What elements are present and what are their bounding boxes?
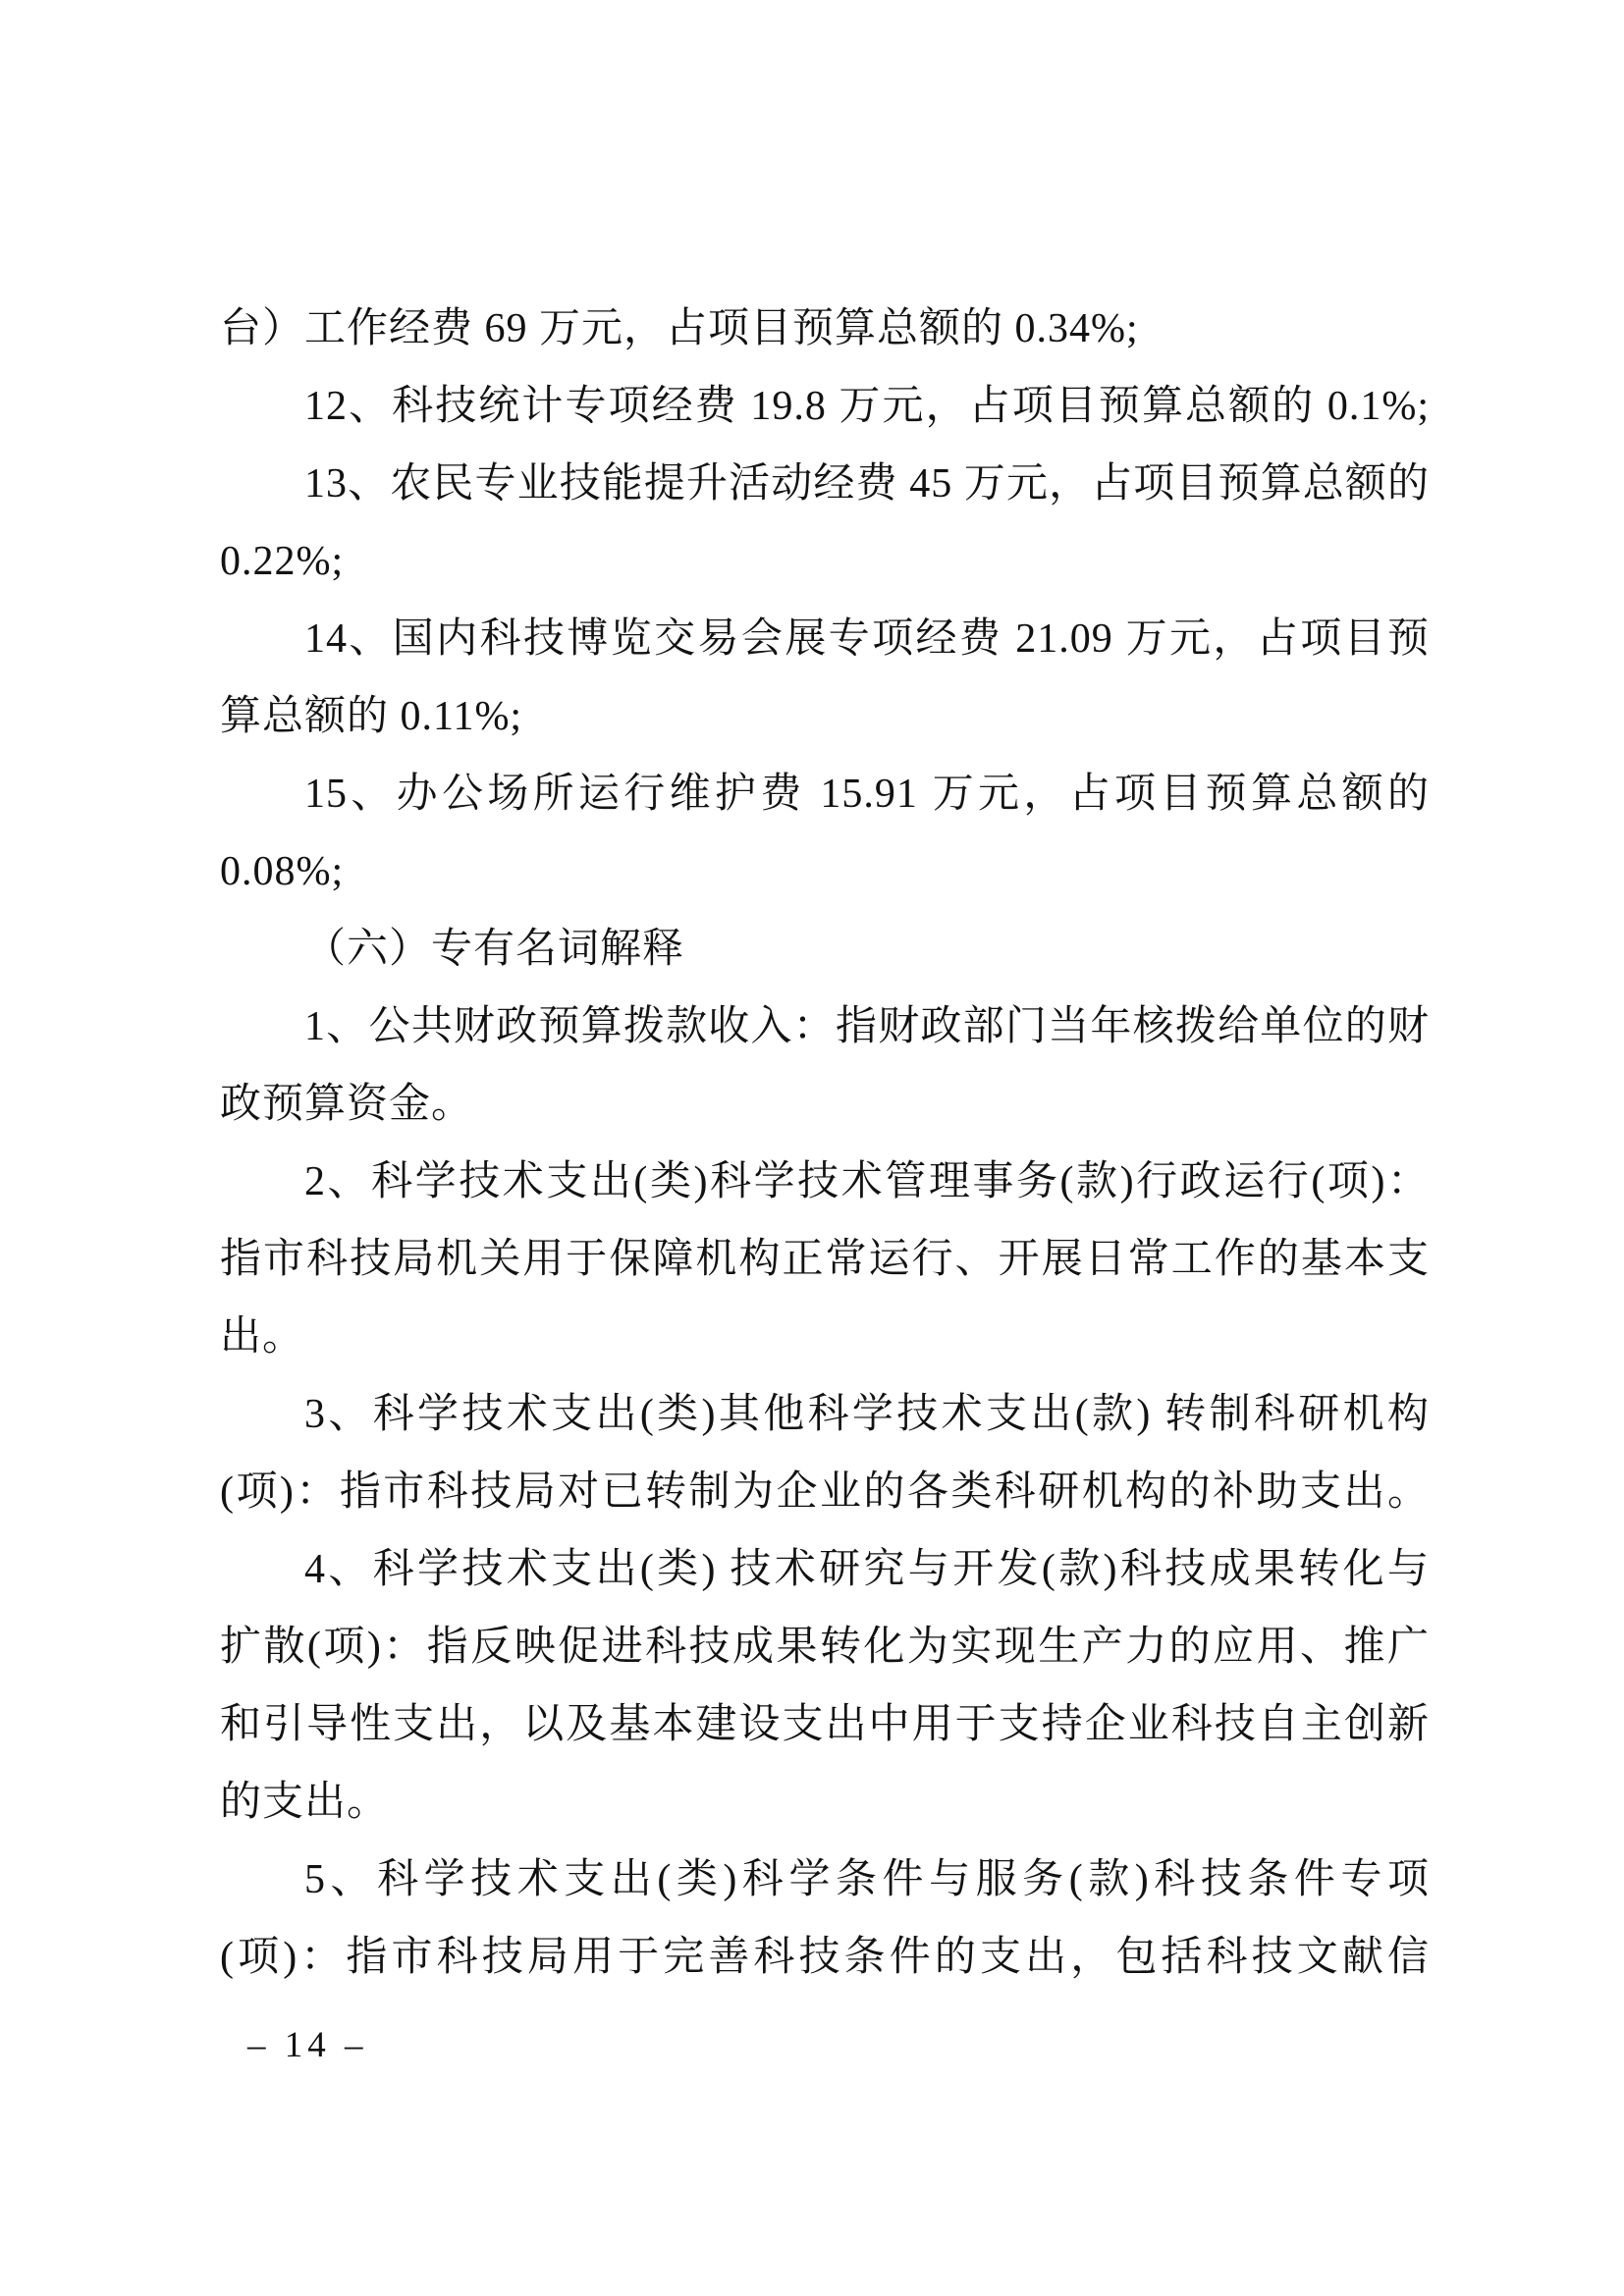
text-line: 指市科技局机关用于保障机构正常运行、开展日常工作的基本支: [220, 1221, 1430, 1299]
text-line: 12、科技统计专项经费 19.8 万元，占项目预算总额的 0.1%;: [220, 368, 1430, 446]
text-line: 15、办公场所运行维护费 15.91 万元，占项目预算总额的: [220, 756, 1430, 833]
text-line: 2、科学技术支出(类)科学技术管理事务(款)行政运行(项)：: [220, 1144, 1430, 1221]
document-body: 台）工作经费 69 万元，占项目预算总额的 0.34%; 12、科技统计专项经费…: [220, 291, 1430, 1997]
text-line: 13、农民专业技能提升活动经费 45 万元，占项目预算总额的: [220, 446, 1430, 523]
text-line: 算总额的 0.11%;: [220, 678, 1430, 756]
text-line: 4、科学技术支出(类) 技术研究与开发(款)科技成果转化与: [220, 1531, 1430, 1609]
text-line: 3、科学技术支出(类)其他科学技术支出(款) 转制科研机构: [220, 1376, 1430, 1454]
text-line: 扩散(项)：指反映促进科技成果转化为实现生产力的应用、推广: [220, 1609, 1430, 1686]
text-line: 0.08%;: [220, 833, 1430, 911]
text-line: 的支出。: [220, 1764, 1430, 1842]
text-line: (项)：指市科技局用于完善科技条件的支出，包括科技文献信息、: [220, 1919, 1430, 1997]
text-line: 14、国内科技博览交易会展专项经费 21.09 万元，占项目预: [220, 601, 1430, 678]
text-line: 出。: [220, 1299, 1430, 1376]
text-line: 和引导性支出，以及基本建设支出中用于支持企业科技自主创新: [220, 1686, 1430, 1764]
text-line: (项)：指市科技局对已转制为企业的各类科研机构的补助支出。: [220, 1454, 1430, 1531]
text-line: 0.22%;: [220, 523, 1430, 601]
text-line: 5、科学技术支出(类)科学条件与服务(款)科技条件专项: [220, 1842, 1430, 1919]
text-line: 台）工作经费 69 万元，占项目预算总额的 0.34%;: [220, 291, 1430, 368]
text-line: 政预算资金。: [220, 1066, 1430, 1144]
page-number: – 14 –: [247, 2024, 368, 2067]
text-line: 1、公共财政预算拨款收入：指财政部门当年核拨给单位的财: [220, 988, 1430, 1066]
section-heading: （六）专有名词解释: [220, 911, 1430, 988]
document-page: 台）工作经费 69 万元，占项目预算总额的 0.34%; 12、科技统计专项经费…: [0, 0, 1624, 2296]
